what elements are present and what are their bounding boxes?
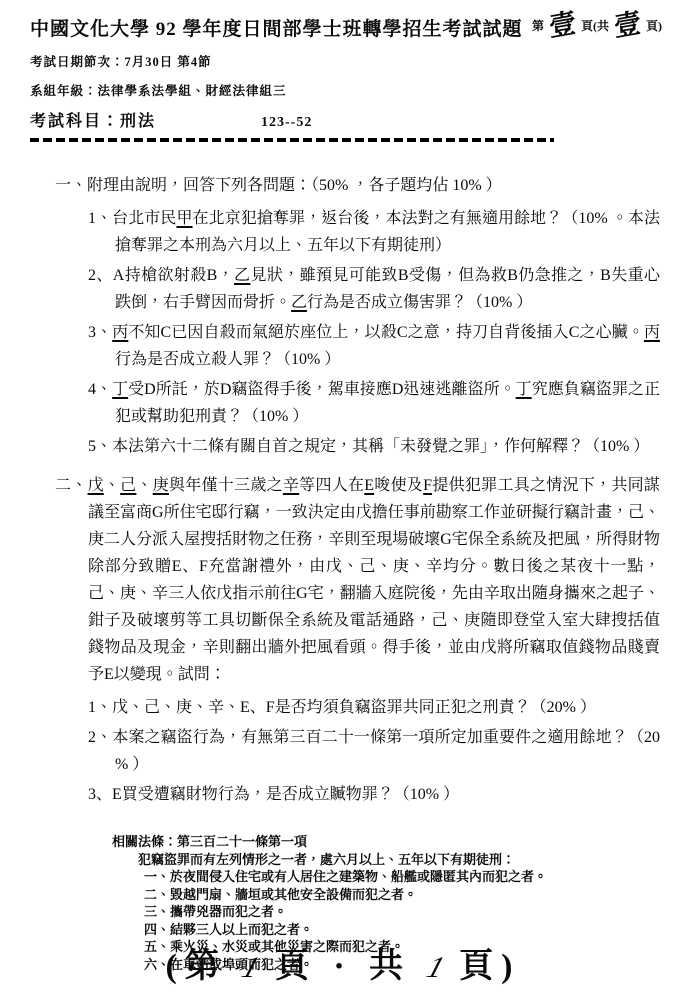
page-number-prefix: 第: [532, 17, 544, 34]
page-number: 第 壹 頁(共 壹 頁): [532, 14, 662, 36]
question-2: 2、A持槍欲射殺B，乙見狀，雖預見可能致B受傷，但為救B仍急推之，B失重心跌倒，…: [88, 262, 660, 316]
department-line: 系組年級：法律學系法學組、財經法律組三: [30, 81, 662, 99]
page-number-mid: 頁(共: [581, 17, 609, 34]
footer-close: 頁): [459, 948, 520, 985]
section-one-questions: 1、台北市民甲在北京犯搶奪罪，返台後，本法對之有無適用餘地？（10% 。本法搶奪…: [55, 205, 660, 460]
page-footer: (第 1 頁 · 共 1 頁): [0, 938, 686, 987]
statute-intro: 犯竊盜罪而有左列情形之一者，處六月以上、五年以下有期徒刑：: [138, 851, 660, 869]
exam-code: 123--52: [261, 115, 312, 131]
title-row: 中國文化大學 92 學年度日間部學士班轉學招生考試試題 第 壹 頁(共 壹 頁): [30, 14, 662, 41]
question-2-1: 1、戊、己、庚、辛、E、F是否均須負竊盜罪共同正犯之刑責？（20% ）: [88, 694, 660, 721]
footer-mid: 頁 · 共: [275, 948, 411, 985]
exam-body: 一、附理由說明，回答下列各問題：（50% ，各子題均佔 10% ） 1、台北市民…: [0, 172, 686, 973]
exam-date-line: 考試日期節次：7月30日 第4節: [30, 52, 662, 70]
exam-header: 中國文化大學 92 學年度日間部學士班轉學招生考試試題 第 壹 頁(共 壹 頁)…: [0, 0, 686, 142]
related-statutes-heading: 相關法條：第三百二十一條第一項: [112, 833, 660, 851]
section-one-heading: 一、附理由說明，回答下列各問題：（50% ，各子題均佔 10% ）: [55, 172, 660, 199]
section-one: 一、附理由說明，回答下列各問題：（50% ，各子題均佔 10% ） 1、台北市民…: [55, 172, 660, 460]
statute-item-4: 四、結夥三人以上而犯之者。: [144, 921, 660, 939]
section-two-case-facts: 二、戊、己、庚與年僅十三歲之辛等四人在E唆使及F提供犯罪工具之情況下，共同謀議至…: [55, 472, 660, 688]
dashed-divider: [30, 138, 554, 142]
handwritten-total-pages: 壹: [613, 12, 641, 39]
handwritten-footer-total: 1: [422, 951, 448, 985]
page-title: 中國文化大學 92 學年度日間部學士班轉學招生考試試題: [30, 14, 523, 41]
handwritten-page-number: 壹: [548, 12, 576, 39]
question-2-3: 3、E買受遭竊財物行為，是否成立贓物罪？（10% ）: [88, 781, 660, 808]
statute-item-2: 二、毀越門扇、牆垣或其他安全設備而犯之者。: [144, 886, 660, 904]
exam-paper-page: 中國文化大學 92 學年度日間部學士班轉學招生考試試題 第 壹 頁(共 壹 頁)…: [0, 0, 686, 999]
handwritten-footer-page: 1: [238, 951, 264, 985]
exam-subject: 考試科目：刑法: [30, 108, 156, 131]
footer-open: (第: [166, 948, 227, 985]
question-3: 3、丙不知C已因自殺而氣絕於座位上，以殺C之意，持刀自背後插入C之心臟。丙行為是…: [88, 319, 660, 373]
question-5: 5、本法第六十二條有關自首之規定，其稱「未發覺之罪」，作何解釋？（10% ）: [88, 433, 660, 460]
statute-item-3: 三、攜帶兇器而犯之者。: [144, 903, 660, 921]
question-1: 1、台北市民甲在北京犯搶奪罪，返台後，本法對之有無適用餘地？（10% 。本法搶奪…: [88, 205, 660, 259]
question-4: 4、丁受D所託，於D竊盜得手後，駕車接應D迅速逃離盜所。丁究應負竊盜罪之正犯或幫…: [88, 376, 660, 430]
statute-item-1: 一、於夜間侵入住宅或有人居住之建築物、船艦或隱匿其內而犯之者。: [144, 868, 660, 886]
subject-row: 考試科目：刑法 123--52: [30, 108, 662, 131]
question-2-2: 2、本案之竊盜行為，有無第三百二十一條第一項所定加重要件之適用餘地？（20 % …: [88, 724, 660, 778]
section-two-questions: 1、戊、己、庚、辛、E、F是否均須負竊盜罪共同正犯之刑責？（20% ） 2、本案…: [55, 694, 660, 808]
section-two: 二、戊、己、庚與年僅十三歲之辛等四人在E唆使及F提供犯罪工具之情況下，共同謀議至…: [55, 472, 660, 808]
page-number-suffix: 頁): [646, 17, 662, 34]
